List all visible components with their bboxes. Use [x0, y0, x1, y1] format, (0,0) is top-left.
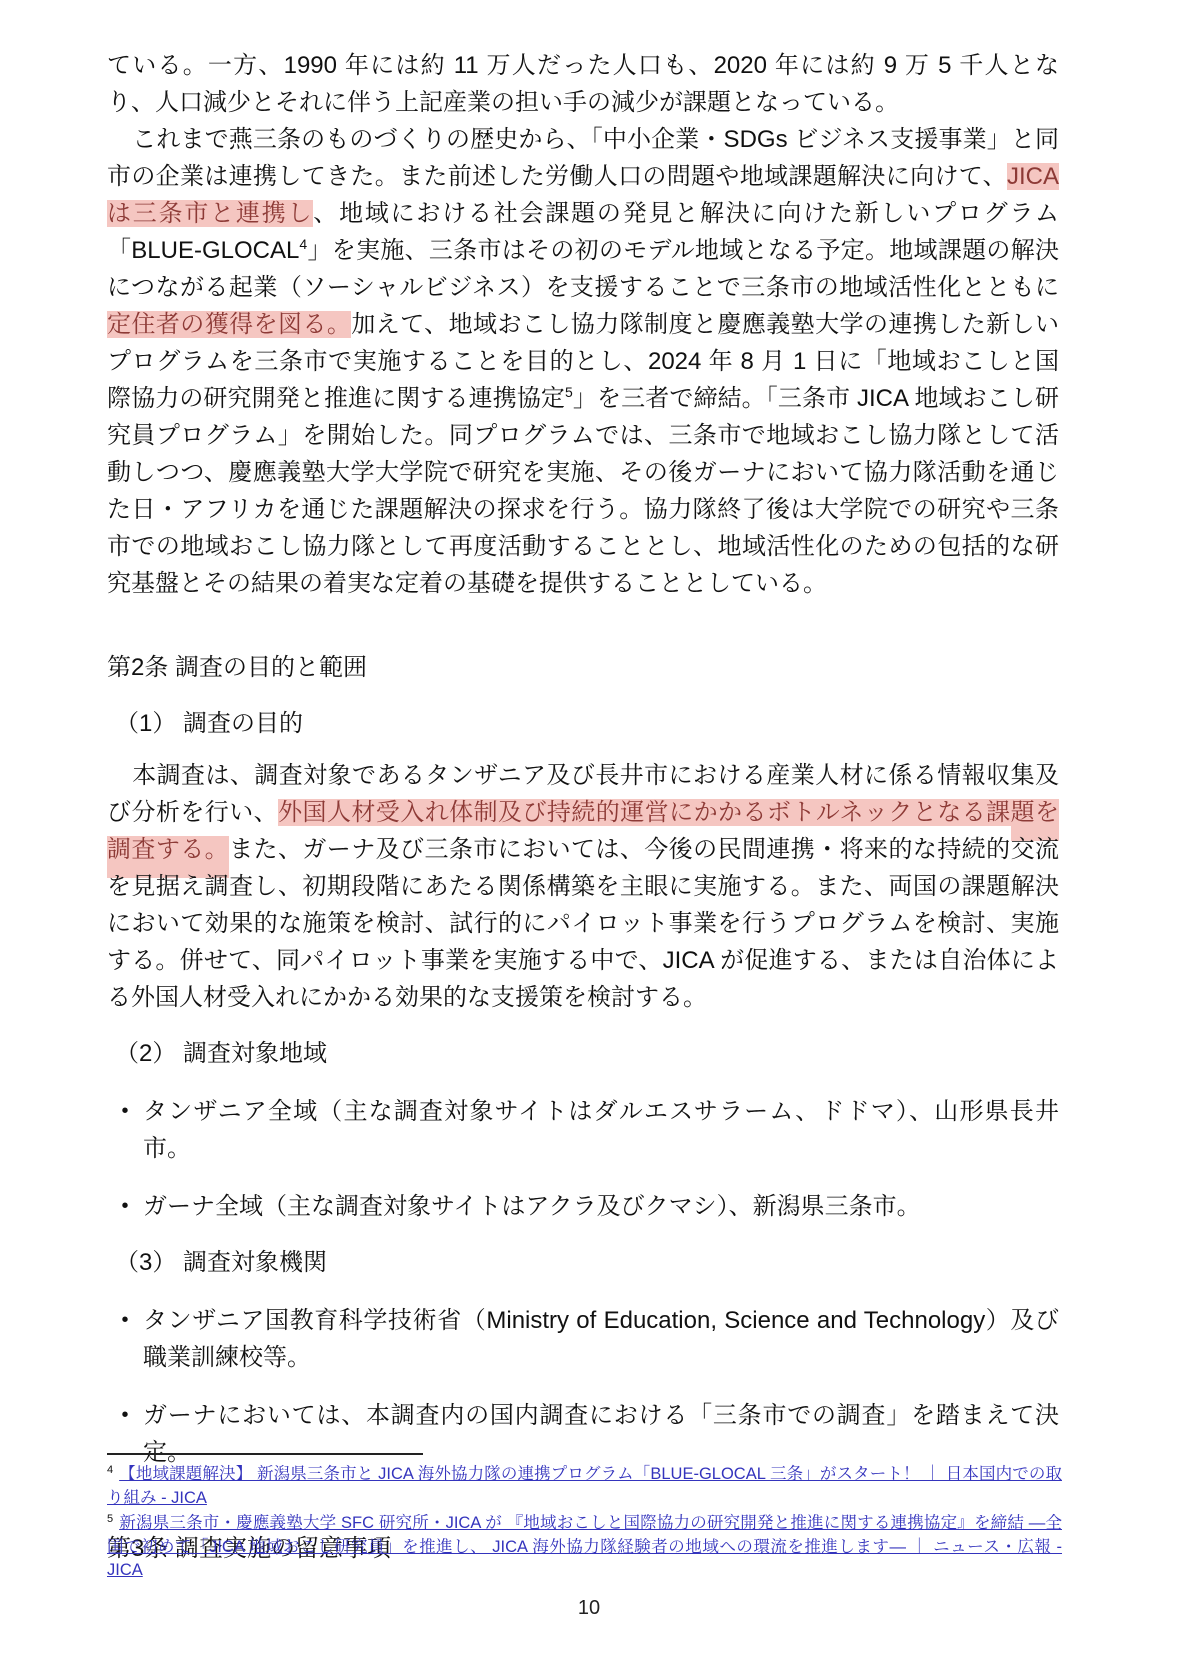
paragraph-text: 」を三者で締結。「三条市 JICA 地域おこし研究員プログラム」を開始した。同プ…	[107, 385, 1059, 597]
subheading-survey-purpose: （1） 調査の目的	[107, 705, 1059, 742]
list-item-ghana-region: • ガーナ全域（主な調査対象サイトはアクラ及びクマシ）、新潟県三条市。	[107, 1188, 1059, 1225]
footnote-separator	[107, 1453, 423, 1455]
paragraph-population: ている。一方、1990 年には約 11 万人だった人口も、2020 年には約 9…	[107, 47, 1059, 121]
footnote-ref-5: 5	[565, 384, 573, 400]
footnote-marker: 5	[107, 1513, 113, 1525]
list-item-tanzania-region: • タンザニア全域（主な調査対象サイトはダルエスサラーム、ドドマ）、山形県長井市…	[107, 1093, 1059, 1167]
footnotes-section: 4【地域課題解決】 新潟県三条市と JICA 海外協力隊の連携プログラム「BLU…	[107, 1463, 1062, 1585]
document-page: ている。一方、1990 年には約 11 万人だった人口も、2020 年には約 9…	[0, 0, 1178, 1672]
bullet-icon: •	[107, 1093, 143, 1167]
list-item-ghana-decision: • ガーナにおいては、本調査内の国内調査における「三条市での調査」を踏まえて決定…	[107, 1397, 1059, 1471]
article2-heading: 第2条 調査の目的と範囲	[107, 649, 1059, 686]
list-item-text: ガーナ全域（主な調査対象サイトはアクラ及びクマシ）、新潟県三条市。	[143, 1188, 1059, 1225]
highlight-bottleneck-part1: 外国人材受入れ体制及び持続的運営にかかるボトルネックとなる課	[278, 799, 1010, 826]
paragraph-text: また、ガーナ及び三条市においては、今後の民間連携・将来的な持続的交流を見据え調査…	[107, 836, 1059, 1011]
list-item-text: ガーナにおいては、本調査内の国内調査における「三条市での調査」を踏まえて決定。	[143, 1397, 1059, 1471]
bullet-icon: •	[107, 1397, 143, 1471]
list-item-tanzania-ministry: • タンザニア国教育科学技術省（Ministry of Education, S…	[107, 1302, 1059, 1376]
page-number: 10	[0, 1596, 1178, 1620]
paragraph-jica-program: これまで燕三条のものづくりの歴史から、「中小企業・SDGs ビジネス支援事業」と…	[107, 121, 1059, 602]
footnote-link-blue-glocal[interactable]: 【地域課題解決】 新潟県三条市と JICA 海外協力隊の連携プログラム「BLUE…	[107, 1465, 1062, 1507]
list-item-text: タンザニア全域（主な調査対象サイトはダルエスサラーム、ドドマ）、山形県長井市。	[143, 1093, 1059, 1167]
paragraph-text: これまで燕三条のものづくりの歴史から、「中小企業・SDGs ビジネス支援事業」と…	[107, 126, 1059, 190]
bullet-icon: •	[107, 1302, 143, 1376]
subheading-survey-regions: （2） 調査対象地域	[107, 1035, 1059, 1072]
paragraph-text: ている。一方、1990 年には約 11 万人だった人口も、2020 年には約 9…	[107, 52, 1059, 116]
paragraph-survey-purpose: 本調査は、調査対象であるタンザニア及び長井市における産業人材に係る情報収集及び分…	[107, 757, 1059, 1016]
footnote-ref-4: 4	[299, 236, 307, 252]
footnote-marker: 4	[107, 1464, 113, 1476]
subheading-survey-organizations: （3） 調査対象機関	[107, 1244, 1059, 1281]
bullet-icon: •	[107, 1188, 143, 1225]
footnote-link-keio-agreement[interactable]: 新潟県三条市・慶應義塾大学 SFC 研究所・JICA が 『地域おこしと国際協力…	[107, 1514, 1062, 1579]
highlight-settler-acquisition: 定住者の獲得を図る。	[107, 311, 351, 338]
footnote-4: 4【地域課題解決】 新潟県三条市と JICA 海外協力隊の連携プログラム「BLU…	[107, 1463, 1062, 1510]
list-item-text: タンザニア国教育科学技術省（Ministry of Education, Sci…	[143, 1302, 1059, 1376]
footnote-5: 5新潟県三条市・慶應義塾大学 SFC 研究所・JICA が 『地域おこしと国際協…	[107, 1512, 1062, 1583]
